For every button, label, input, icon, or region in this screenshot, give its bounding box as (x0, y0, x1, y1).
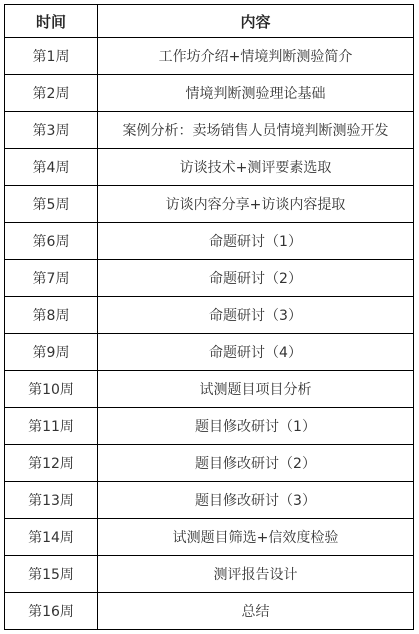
time-cell: 第7周 (5, 260, 98, 297)
time-cell: 第3周 (5, 112, 98, 149)
table-row-week-2: 第2周 情境判断测验理论基础 (5, 75, 414, 112)
content-cell: 命题研讨（1） (98, 223, 414, 260)
table-row-week-4: 第4周 访谈技术+测评要素选取 (5, 149, 414, 186)
table-row-week-12: 第12周 题目修改研讨（2） (5, 445, 414, 482)
time-cell: 第11周 (5, 408, 98, 445)
table-row-week-1: 第1周 工作坊介绍+情境判断测验简介 (5, 38, 414, 75)
time-cell: 第16周 (5, 593, 98, 630)
table-row-week-11: 第11周 题目修改研讨（1） (5, 408, 414, 445)
table-row-week-13: 第13周 题目修改研讨（3） (5, 482, 414, 519)
content-cell: 访谈技术+测评要素选取 (98, 149, 414, 186)
table-row-week-9: 第9周 命题研讨（4） (5, 334, 414, 371)
time-cell: 第14周 (5, 519, 98, 556)
table-row-week-15: 第15周 测评报告设计 (5, 556, 414, 593)
time-cell: 第1周 (5, 38, 98, 75)
table-row-week-8: 第8周 命题研讨（3） (5, 297, 414, 334)
content-cell: 题目修改研讨（3） (98, 482, 414, 519)
content-cell: 题目修改研讨（2） (98, 445, 414, 482)
table-row-week-6: 第6周 命题研讨（1） (5, 223, 414, 260)
table-row-week-16: 第16周 总结 (5, 593, 414, 630)
content-cell: 工作坊介绍+情境判断测验简介 (98, 38, 414, 75)
content-cell: 命题研讨（3） (98, 297, 414, 334)
time-cell: 第4周 (5, 149, 98, 186)
content-cell: 试测题目筛选+信效度检验 (98, 519, 414, 556)
table-row-week-10: 第10周 试测题目项目分析 (5, 371, 414, 408)
time-cell: 第10周 (5, 371, 98, 408)
content-cell: 情境判断测验理论基础 (98, 75, 414, 112)
content-cell: 题目修改研讨（1） (98, 408, 414, 445)
table-row-week-3: 第3周 案例分析：卖场销售人员情境判断测验开发 (5, 112, 414, 149)
schedule-table-container: 时间 内容 第1周 工作坊介绍+情境判断测验简介 第2周 情境判断测验理论基础 … (0, 0, 419, 630)
content-cell: 命题研讨（2） (98, 260, 414, 297)
table-row-week-7: 第7周 命题研讨（2） (5, 260, 414, 297)
time-cell: 第8周 (5, 297, 98, 334)
table-row-week-14: 第14周 试测题目筛选+信效度检验 (5, 519, 414, 556)
content-cell: 命题研讨（4） (98, 334, 414, 371)
time-cell: 第12周 (5, 445, 98, 482)
header-content: 内容 (98, 5, 414, 38)
content-cell: 测评报告设计 (98, 556, 414, 593)
time-cell: 第13周 (5, 482, 98, 519)
content-cell: 访谈内容分享+访谈内容提取 (98, 186, 414, 223)
time-cell: 第15周 (5, 556, 98, 593)
time-cell: 第6周 (5, 223, 98, 260)
content-cell: 试测题目项目分析 (98, 371, 414, 408)
content-cell: 案例分析：卖场销售人员情境判断测验开发 (98, 112, 414, 149)
table-header-row: 时间 内容 (5, 5, 414, 38)
time-cell: 第5周 (5, 186, 98, 223)
time-cell: 第2周 (5, 75, 98, 112)
schedule-table: 时间 内容 第1周 工作坊介绍+情境判断测验简介 第2周 情境判断测验理论基础 … (4, 4, 414, 630)
content-cell: 总结 (98, 593, 414, 630)
header-time: 时间 (5, 5, 98, 38)
table-row-week-5: 第5周 访谈内容分享+访谈内容提取 (5, 186, 414, 223)
time-cell: 第9周 (5, 334, 98, 371)
